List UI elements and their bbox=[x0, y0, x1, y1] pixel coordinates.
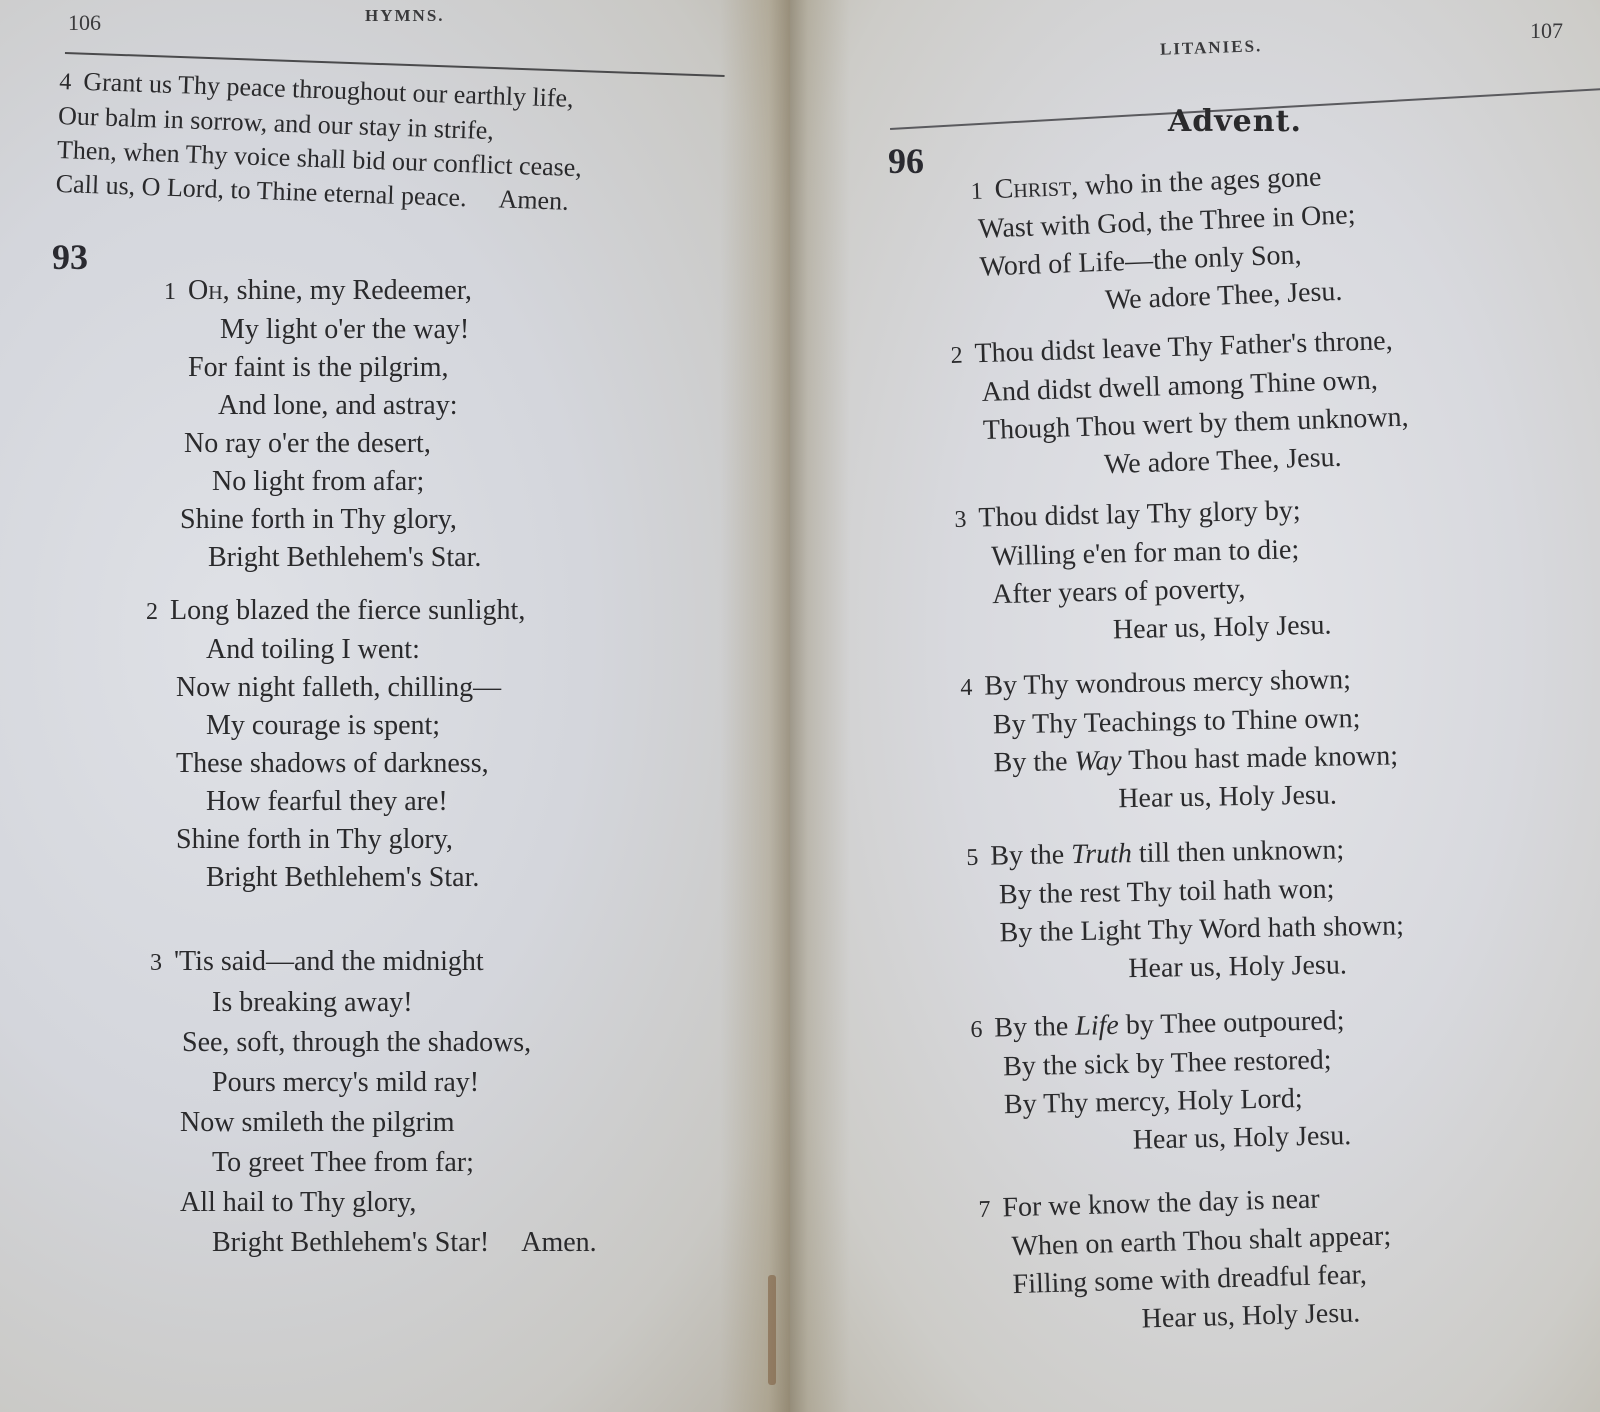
verse-line: By the bbox=[993, 746, 1074, 778]
hymn-93-verse-1: 1Oh, shine, my Redeemer, My light o'er t… bbox=[164, 272, 481, 577]
verse-refrain: Hear us, Holy Jesu. bbox=[962, 775, 1399, 821]
verse-line: How fearful they are! bbox=[146, 783, 525, 821]
verse-line: No ray o'er the desert, bbox=[164, 425, 481, 463]
verse-line: And lone, and astray: bbox=[164, 387, 481, 425]
hymn-96-verse-3: 3Thou didst lay Thy glory by; Willing e'… bbox=[954, 492, 1332, 653]
hymn-96-verse-7: 7For we know the day is near When on ear… bbox=[978, 1179, 1394, 1343]
hymn-96-verse-6: 6By the Life by Thee outpoured; By the s… bbox=[970, 1002, 1352, 1163]
verse-number: 6 bbox=[970, 1010, 995, 1048]
hymn-number-93: 93 bbox=[52, 236, 88, 278]
verse-line: Now smileth the pilgrim bbox=[150, 1103, 597, 1143]
left-page: 106 HYMNS. 4Grant us Thy peace throughou… bbox=[0, 0, 790, 1412]
running-head-right: LITANIES. bbox=[1160, 36, 1263, 60]
verse-number: 7 bbox=[978, 1190, 1003, 1229]
verse-line: Shine forth in Thy glory, bbox=[146, 821, 525, 859]
verse-line: By the bbox=[994, 1011, 1076, 1044]
hymn-96-verse-4: 4By Thy wondrous mercy shown; By Thy Tea… bbox=[960, 660, 1399, 821]
hymn-96-verse-1: 1Christ, who in the ages gone Wast with … bbox=[970, 157, 1359, 325]
verse-line: For we know the day is near bbox=[1002, 1183, 1320, 1223]
verse-line: Thou didst lay Thy glory by; bbox=[978, 495, 1301, 533]
verse-line: Pours mercy's mild ray! bbox=[150, 1063, 597, 1103]
verse-line: My light o'er the way! bbox=[164, 311, 481, 349]
page-number-left: 106 bbox=[68, 10, 101, 36]
verse-number: 3 bbox=[954, 500, 979, 539]
verse-line: By the bbox=[990, 839, 1071, 871]
hymn-96-verse-5: 5By the Truth till then unknown; By the … bbox=[966, 830, 1405, 991]
verse-line: Bright Bethlehem's Star. bbox=[164, 539, 481, 577]
verse-line: Bright Bethlehem's Star! bbox=[212, 1227, 489, 1258]
verse-refrain: Hear us, Holy Jesu. bbox=[968, 945, 1405, 991]
verse-number: 2 bbox=[950, 336, 975, 375]
verse-line: by Thee outpoured; bbox=[1118, 1005, 1344, 1041]
verse-line: To greet Thee from far; bbox=[150, 1143, 597, 1183]
verse-line: Bright Bethlehem's Star. bbox=[146, 859, 525, 897]
amen: Amen. bbox=[521, 1223, 596, 1263]
page-number-right: 107 bbox=[1530, 18, 1563, 44]
verse-line: See, soft, through the shadows, bbox=[150, 1023, 597, 1063]
section-title-advent: Advent. bbox=[1168, 104, 1302, 139]
verse-first-word: Oh, bbox=[188, 275, 230, 306]
emphasis-word: Way bbox=[1074, 745, 1122, 777]
verse-number: 1 bbox=[164, 273, 188, 311]
verse-line: Thou hast made known; bbox=[1121, 740, 1398, 776]
emphasis-word: Truth bbox=[1071, 838, 1132, 870]
verse-number: 2 bbox=[146, 593, 170, 631]
gutter-stain bbox=[768, 1275, 776, 1385]
verse-line: till then unknown; bbox=[1132, 834, 1345, 869]
right-page: 107 LITANIES. Advent. 96 1Christ, who in… bbox=[790, 0, 1600, 1412]
verse-line: Long blazed the fierce sunlight, bbox=[170, 595, 525, 626]
verse-number: 4 bbox=[960, 669, 985, 707]
verse-number: 5 bbox=[966, 839, 991, 877]
verse-line: Now night falleth, chilling— bbox=[146, 669, 525, 707]
verse-line: who in the ages gone bbox=[1078, 162, 1322, 202]
open-hymnal-spread: 106 HYMNS. 4Grant us Thy peace throughou… bbox=[0, 0, 1600, 1412]
verse-line: 'Tis said—and the midnight bbox=[174, 946, 484, 977]
verse-line: And toiling I went: bbox=[146, 631, 525, 669]
verse-number: 1 bbox=[970, 172, 995, 211]
verse-number: 3 bbox=[150, 943, 174, 983]
verse-line: shine, my Redeemer, bbox=[230, 275, 472, 306]
hymn-93-verse-2: 2Long blazed the fierce sunlight, And to… bbox=[146, 592, 525, 897]
verse-refrain: Hear us, Holy Jesu. bbox=[972, 1117, 1351, 1163]
verse-line: These shadows of darkness, bbox=[146, 745, 525, 783]
continued-verse-4: 4Grant us Thy peace throughout our earth… bbox=[55, 64, 585, 219]
verse-line: By Thy wondrous mercy shown; bbox=[984, 664, 1351, 701]
verse-line: Shine forth in Thy glory, bbox=[164, 501, 481, 539]
verse-line: All hail to Thy glory, bbox=[150, 1183, 597, 1223]
hymn-number-96: 96 bbox=[888, 140, 924, 182]
verse-line: Is breaking away! bbox=[150, 983, 597, 1023]
verse-first-word: Christ, bbox=[994, 171, 1079, 205]
verse-number: 4 bbox=[59, 65, 84, 100]
hymn-96-verse-2: 2Thou didst leave Thy Father's throne, A… bbox=[950, 322, 1410, 489]
emphasis-word: Life bbox=[1075, 1010, 1119, 1042]
hymn-93-verse-3: 3'Tis said—and the midnight Is breaking … bbox=[150, 942, 597, 1263]
running-head-left: HYMNS. bbox=[365, 6, 445, 26]
verse-line: My courage is spent; bbox=[146, 707, 525, 745]
verse-line: No light from afar; bbox=[164, 463, 481, 501]
amen: Amen. bbox=[498, 182, 569, 218]
verse-line: For faint is the pilgrim, bbox=[164, 349, 481, 387]
